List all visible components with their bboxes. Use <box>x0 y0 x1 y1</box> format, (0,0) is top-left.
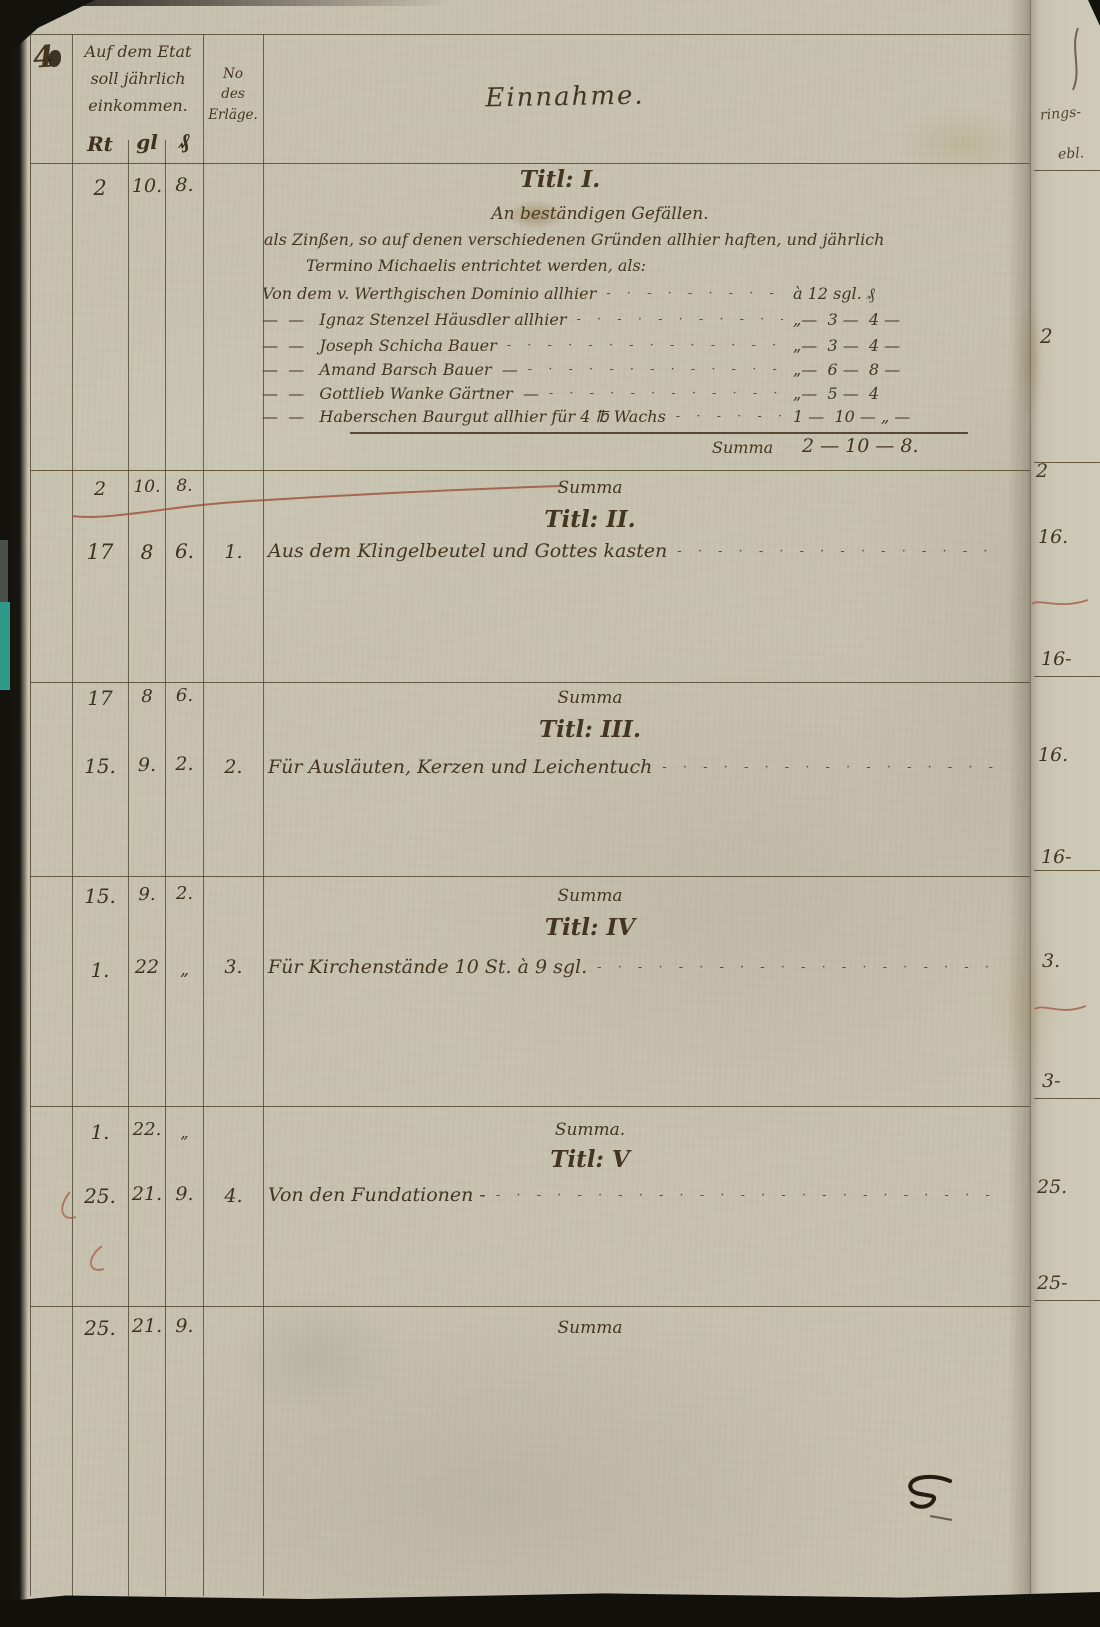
ledger-cell-pf: 6. <box>166 685 203 706</box>
ledger-cell-no: 2. <box>204 756 263 778</box>
ledger-cell-rt: 15. <box>73 884 127 908</box>
dot-leader <box>549 382 783 401</box>
table-rule-horizontal <box>1034 170 1100 171</box>
entry-text: — — Ignaz Stenzel Häusdler allhier <box>262 310 567 329</box>
ledger-cell-gl: 21. <box>129 1315 165 1337</box>
ledger-cell-no: 4. <box>204 1185 263 1207</box>
dot-leader <box>662 754 998 776</box>
ledger-entry-line: — — Ignaz Stenzel Häusdler allhier„— 3 —… <box>262 310 968 329</box>
table-rule-vertical <box>203 34 204 1596</box>
summa-label: Summa <box>490 886 690 906</box>
ledger-entry-line: — — Joseph Schicha Bauer„— 3 — 4 — <box>262 336 968 355</box>
tit1-intro-line2: Termino Michaelis entrichtet werden, als… <box>306 256 646 275</box>
entry-amount: à 12 sgl. ₰ <box>793 284 968 304</box>
ink-squiggle <box>910 1477 950 1507</box>
col-header-erlag-no: No des Erläge. <box>204 64 262 125</box>
summa-label: Summa. <box>490 1120 690 1140</box>
tit1-intro-line1: als Zinßen, so auf denen verschiedenen G… <box>264 230 884 249</box>
table-rule-horizontal <box>1034 676 1100 677</box>
ledger-entry-line: — — Haberschen Baurgut allhier für 4 ℔ W… <box>262 407 968 426</box>
ledger-entry-line: — — Gottlieb Wanke Gärtner —„— 5 — 4 <box>262 384 968 403</box>
ledger-cell-gl: 8 <box>129 686 165 707</box>
ledger-entry-line: Für Ausläuten, Kerzen und Leichentuch <box>268 756 1008 778</box>
carry-figure: 16. <box>1038 744 1068 766</box>
ledger-entry-line: Aus dem Klingelbeutel und Gottes kasten <box>268 540 1008 562</box>
table-rule-horizontal <box>30 163 1030 164</box>
col-header-currency-gl: gl <box>129 130 165 154</box>
carry-figure: 3- <box>1042 1070 1061 1092</box>
col-header-etat: Auf dem Etat soll jährlich einkommen. <box>74 38 202 120</box>
table-rule-vertical <box>263 34 264 1596</box>
folio-number: 4 <box>32 39 55 75</box>
entry-text: Für Kirchenstände 10 St. à 9 sgl. <box>268 956 587 978</box>
col-header-currency-rt: Rt <box>73 132 127 156</box>
margin-amount-pf: 8. <box>166 174 203 196</box>
entry-amount: 1 — 10 — „ — <box>793 407 968 426</box>
ledger-cell-pf: 8. <box>166 476 203 496</box>
paper-stain <box>230 1290 400 1420</box>
ledger-entry-line: — — Amand Barsch Bauer —„— 6 — 8 — <box>262 360 968 379</box>
manuscript-page: 4 Auf dem Etat soll jährlich einkommen. … <box>0 0 1100 1627</box>
ledger-cell-rt: 17 <box>73 540 127 564</box>
ledger-cell-gl: 22. <box>129 1119 165 1140</box>
summa-label: Summa <box>490 688 690 708</box>
ledger-cell-gl: 9. <box>129 884 165 905</box>
carry-figure: 25- <box>1037 1272 1068 1294</box>
table-rule-vertical <box>30 34 31 1596</box>
ledger-cell-pf: 2. <box>166 753 203 775</box>
table-rule-horizontal <box>1034 870 1100 871</box>
ledger-cell-pf: 9. <box>166 1315 203 1337</box>
table-rule-vertical <box>165 140 166 1596</box>
table-rule-horizontal <box>30 470 1030 471</box>
dot-leader <box>676 405 783 424</box>
scan-edge-top <box>0 0 450 6</box>
table-rule-horizontal <box>1034 1098 1100 1099</box>
facing-page-fragment: ebl. <box>1058 145 1085 162</box>
entry-amount: „— 6 — 8 — <box>793 360 968 379</box>
ledger-cell-rt: 17 <box>73 686 127 710</box>
ledger-cell-pf: 9. <box>166 1183 203 1205</box>
ledger-cell-rt: 2 <box>73 478 127 500</box>
tit1-subheading: An beständigen Gefällen. <box>320 204 880 224</box>
carry-figure: 16- <box>1041 648 1072 670</box>
carry-figure: 2 <box>1036 460 1048 482</box>
entry-amount: „— 3 — 4 — <box>793 336 968 355</box>
dot-leader <box>677 538 998 560</box>
entry-text: — — Joseph Schicha Bauer <box>262 336 497 355</box>
tit1-heading: Titl: I. <box>440 166 680 193</box>
entry-text: — — Gottlieb Wanke Gärtner — <box>262 384 539 403</box>
scan-edge-artifact <box>0 540 8 602</box>
ledger-cell-pf: „ <box>166 1123 203 1142</box>
entry-text: — — Haberschen Baurgut allhier für 4 ℔ W… <box>262 407 666 426</box>
ledger-entry-line: Von dem v. Werthgischen Dominio allhierà… <box>262 284 968 304</box>
dot-leader <box>507 334 783 353</box>
entry-text: — — Amand Barsch Bauer — <box>262 360 518 379</box>
ledger-entry-line: Von den Fundationen - <box>268 1184 1008 1206</box>
dot-leader <box>597 954 998 976</box>
ledger-cell-rt: 1. <box>73 958 127 982</box>
tit3-heading: Titl: III. <box>490 716 690 743</box>
carry-figure: 3. <box>1042 950 1060 972</box>
entry-text: Von den Fundationen - <box>268 1184 486 1206</box>
table-rule-horizontal <box>30 1106 1030 1107</box>
tit1-summa-value: 2 — 10 — 8. <box>802 435 919 457</box>
entry-text: Aus dem Klingelbeutel und Gottes kasten <box>268 540 667 562</box>
scan-edge-bottom <box>0 1592 1100 1627</box>
table-rule-vertical <box>128 140 129 1596</box>
table-rule-horizontal <box>30 34 1030 35</box>
carry-figure: 25. <box>1037 1176 1067 1198</box>
entry-text: Von dem v. Werthgischen Dominio allhier <box>262 284 596 303</box>
dot-leader <box>528 358 783 377</box>
ink-squiggle-tail <box>930 1516 952 1520</box>
ledger-cell-rt: 25. <box>73 1316 127 1340</box>
entry-amount: „— 5 — 4 <box>793 384 968 403</box>
carry-figure: 16- <box>1041 846 1072 868</box>
dot-leader <box>496 1182 998 1204</box>
facing-page-edge <box>1030 0 1100 1627</box>
dot-leader <box>577 308 784 327</box>
ledger-cell-gl: 9. <box>129 754 165 776</box>
margin-amount-rt: 2 <box>73 176 127 200</box>
dot-leader <box>606 282 783 301</box>
carry-figure: 16. <box>1038 526 1068 548</box>
summa-label: Summa <box>490 478 690 498</box>
table-rule-horizontal <box>30 876 1030 877</box>
margin-amount-gl: 10. <box>129 175 165 197</box>
ledger-cell-gl: 8 <box>129 540 165 564</box>
ledger-cell-rt: 25. <box>73 1184 127 1208</box>
entry-text: Für Ausläuten, Kerzen und Leichentuch <box>268 756 652 778</box>
binding-fold-shadow <box>1008 0 1031 1627</box>
table-rule-vertical <box>72 34 73 1596</box>
ledger-cell-pf: 2. <box>166 883 203 904</box>
scan-edge-teal-tab <box>0 602 10 690</box>
ledger-entry-line: Für Kirchenstände 10 St. à 9 sgl. <box>268 956 1008 978</box>
scan-edge-left <box>0 0 28 1627</box>
ledger-cell-gl: 10. <box>129 477 165 497</box>
tit5-heading: Titl: V <box>490 1146 690 1173</box>
tit4-heading: Titl: IV <box>490 914 690 941</box>
tit1-summa-label: Summa <box>712 438 773 457</box>
entry-amount: „— 3 — 4 — <box>793 310 968 329</box>
col-header-currency-pf: ₰ <box>166 128 203 154</box>
ledger-cell-rt: 15. <box>73 754 127 778</box>
summa-label: Summa <box>490 1318 690 1338</box>
ledger-cell-rt: 1. <box>73 1120 127 1144</box>
page-title: Einnahme. <box>400 79 730 115</box>
ledger-cell-no: 1. <box>204 541 263 563</box>
ledger-cell-no: 3. <box>204 956 263 978</box>
carry-figure: 2 <box>1040 324 1053 348</box>
ledger-cell-gl: 22 <box>129 956 165 978</box>
sum-underline <box>350 432 968 434</box>
table-rule-horizontal <box>1034 1300 1100 1301</box>
table-rule-horizontal <box>30 1306 1030 1307</box>
table-rule-horizontal <box>30 682 1030 683</box>
tit2-heading: Titl: II. <box>490 506 690 533</box>
ledger-cell-pf: „ <box>166 960 203 980</box>
red-check-mark <box>91 1246 104 1270</box>
ledger-cell-gl: 21. <box>129 1183 165 1205</box>
ledger-cell-pf: 6. <box>166 539 203 563</box>
